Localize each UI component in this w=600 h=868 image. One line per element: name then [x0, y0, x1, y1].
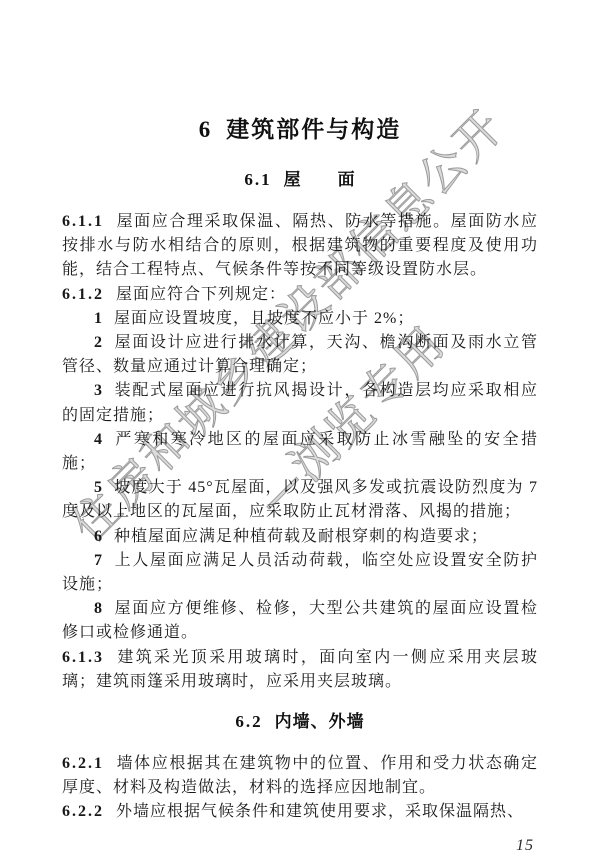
section-number: 6.2	[235, 712, 262, 731]
item-number: 3	[94, 382, 104, 399]
item-text: 坡度大于 45°瓦屋面，以及强风多发或抗震设防烈度为 7 度及以上地区的瓦屋面，…	[62, 479, 538, 520]
clause-text: 外墙应根据气候条件和建筑使用要求，采取保温隔热、	[116, 803, 524, 820]
item-text: 屋面应方便维修、检修，大型公共建筑的屋面应设置检修口或检修通道。	[62, 600, 538, 641]
clause-text: 建筑采光顶采用玻璃时，面向室内一侧应采用夹层玻璃；建筑雨篷采用玻璃时，应采用夹层…	[62, 649, 538, 690]
item-number: 1	[94, 310, 104, 327]
clause-6-1-3: 6.1.3建筑采光顶采用玻璃时，面向室内一侧应采用夹层玻璃；建筑雨篷采用玻璃时，…	[62, 646, 538, 694]
item-number: 5	[94, 479, 104, 496]
page-number: 15	[62, 837, 538, 855]
item-number: 2	[94, 334, 104, 351]
chapter-number: 6	[199, 117, 211, 142]
section-title: 内墙、外墙	[275, 712, 365, 731]
section-heading-6-2: 6.2内墙、外墙	[62, 710, 538, 734]
clause-6-1-2: 6.1.2屋面应符合下列规定：	[62, 283, 538, 307]
chapter-title: 建筑部件与构造	[226, 117, 401, 142]
item-number: 6	[94, 528, 104, 545]
clause-number: 6.2.1	[62, 755, 104, 772]
item-number: 4	[94, 431, 104, 448]
item-text: 屋面设计应进行排水计算，天沟、檐沟断面及雨水立管管径、数量应通过计算合理确定；	[62, 334, 538, 375]
item-4: 4严寒和寒冷地区的屋面应采取防止冰雪融坠的安全措施；	[62, 428, 538, 476]
item-text: 种植屋面应满足种植荷载及耐根穿刺的构造要求；	[114, 528, 488, 545]
clause-6-1-1: 6.1.1屋面应合理采取保温、隔热、防水等措施。屋面防水应按排水与防水相结合的原…	[62, 210, 538, 283]
clause-6-2-2: 6.2.2外墙应根据气候条件和建筑使用要求，采取保温隔热、	[62, 800, 538, 824]
page-content: 6建筑部件与构造 6.1屋 面 6.1.1屋面应合理采取保温、隔热、防水等措施。…	[0, 0, 600, 855]
item-text: 上人屋面应满足人员活动荷载，临空处应设置安全防护设施；	[62, 552, 538, 593]
item-number: 7	[94, 552, 104, 569]
clause-text: 屋面应符合下列规定：	[116, 286, 286, 303]
item-number: 8	[94, 600, 104, 617]
item-5: 5坡度大于 45°瓦屋面，以及强风多发或抗震设防烈度为 7 度及以上地区的瓦屋面…	[62, 476, 538, 524]
chapter-heading: 6建筑部件与构造	[62, 116, 538, 144]
item-6: 6种植屋面应满足种植荷载及耐根穿刺的构造要求；	[62, 525, 538, 549]
clause-number: 6.1.1	[62, 213, 104, 230]
item-1: 1屋面应设置坡度，且坡度不应小于 2%；	[62, 307, 538, 331]
item-3: 3装配式屋面应进行抗风揭设计，各构造层均应采取相应的固定措施；	[62, 379, 538, 427]
section-number: 6.1	[244, 170, 271, 189]
item-7: 7上人屋面应满足人员活动荷载，临空处应设置安全防护设施；	[62, 549, 538, 597]
section-heading-6-1: 6.1屋 面	[62, 168, 538, 192]
clause-text: 屋面应合理采取保温、隔热、防水等措施。屋面防水应按排水与防水相结合的原则，根据建…	[62, 213, 538, 278]
item-2: 2屋面设计应进行排水计算，天沟、檐沟断面及雨水立管管径、数量应通过计算合理确定；	[62, 331, 538, 379]
clause-number: 6.1.3	[62, 649, 104, 666]
clause-number: 6.1.2	[62, 286, 104, 303]
item-text: 装配式屋面应进行抗风揭设计，各构造层均应采取相应的固定措施；	[62, 382, 538, 423]
document-page: 住房和城乡建设部信息公开 —浏览专用 6建筑部件与构造 6.1屋 面 6.1.1…	[0, 0, 600, 868]
clause-6-2-1: 6.2.1墙体应根据其在建筑物中的位置、作用和受力状态确定厚度、材料及构造做法，…	[62, 752, 538, 800]
item-8: 8屋面应方便维修、检修，大型公共建筑的屋面应设置检修口或检修通道。	[62, 597, 538, 645]
item-text: 屋面应设置坡度，且坡度不应小于 2%；	[114, 310, 414, 327]
section-title: 屋 面	[284, 170, 356, 189]
clause-text: 墙体应根据其在建筑物中的位置、作用和受力状态确定厚度、材料及构造做法，材料的选择…	[62, 755, 538, 796]
item-text: 严寒和寒冷地区的屋面应采取防止冰雪融坠的安全措施；	[62, 431, 538, 472]
clause-number: 6.2.2	[62, 803, 104, 820]
